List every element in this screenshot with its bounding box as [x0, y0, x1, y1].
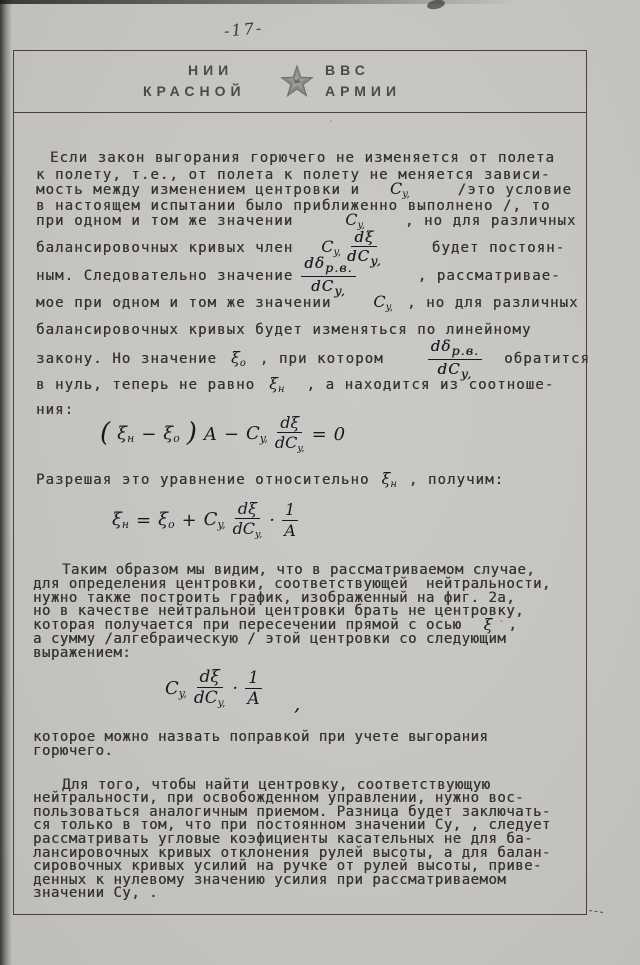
handwritten-fraction-ddelta-dcy: dδр.в. dCy,	[428, 338, 482, 380]
gap	[217, 359, 231, 360]
org-name-nii: НИИ	[188, 62, 233, 78]
typed-text: балансировочных кривых член	[36, 241, 293, 255]
typed-text: , но для различных	[407, 296, 579, 310]
gap	[382, 248, 432, 249]
equation-1: ( ξн − ξo ) A − Cy, dξ dCy, = 0	[100, 414, 345, 455]
handwritten-xin: ξн	[382, 471, 397, 490]
xi-0: ξo	[163, 423, 179, 445]
paren-close: )	[187, 418, 197, 448]
text-line: ния:	[36, 403, 74, 417]
text-line: к полету, т.е., от полета к полету не ме…	[36, 168, 551, 182]
fraction-denominator: dCy,	[275, 433, 305, 454]
gap	[269, 688, 287, 689]
gap	[393, 303, 407, 304]
equation-3: Cy, dξ dCy, · 1 A ,	[165, 668, 300, 709]
scan-dash	[589, 910, 603, 913]
text-line: значении Су, .	[33, 886, 158, 900]
typed-text: которая получается при пересечении прямо…	[33, 618, 462, 632]
handwritten-cy: Cy,	[373, 294, 393, 313]
typed-text: при одном и том же значении	[36, 214, 293, 228]
fraction-denominator: dCy,	[194, 688, 226, 709]
typed-text: в нуль, теперь не равно	[36, 378, 255, 392]
text-line: мое при одном и том же значении Cy, , но…	[36, 294, 579, 312]
typed-text: ным. Следовательно значение	[36, 269, 293, 283]
typed-text: закону. Но значение	[36, 352, 217, 366]
gap	[356, 276, 418, 277]
fraction-denominator: A	[284, 521, 296, 539]
dot-operator: ·	[269, 510, 275, 531]
typed-text: , а находится из соотноше-	[307, 378, 555, 392]
fraction-numerator: dξ	[277, 414, 302, 433]
gap	[293, 248, 321, 249]
xi-0: ξo	[158, 509, 174, 531]
gap	[293, 221, 345, 222]
fraction-denominator: A	[247, 689, 259, 708]
typed-text: , рассматривае-	[418, 269, 561, 283]
text-line: а сумму /алгебраическую / этой центровки…	[33, 632, 506, 646]
typed-text: мое при одном и том же значении	[36, 296, 331, 310]
org-name-krasnoy: КРАСНОЙ	[143, 83, 246, 99]
typed-text: будет постоян-	[432, 241, 565, 255]
gap	[255, 385, 269, 386]
gap	[365, 221, 405, 222]
typed-text: , получим:	[409, 473, 504, 487]
xi-n: ξн	[117, 423, 134, 445]
fraction-numerator: dξ	[351, 229, 377, 247]
handwritten-fraction-ddelta-dcy: dδр.в. dCy,	[301, 255, 355, 297]
text-line: которое можно назвать поправкой при учет…	[33, 730, 488, 744]
equals-sign: =	[312, 424, 327, 445]
gap	[397, 480, 409, 481]
fraction-numerator: dδр.в.	[428, 338, 482, 360]
xi-n: ξн	[112, 509, 129, 531]
fraction-numerator: 1	[282, 501, 298, 520]
text-line: Таким образом мы видим, что в рассматрив…	[62, 563, 535, 577]
gap	[410, 190, 458, 191]
text-line: в нуль, теперь не равно ξн , а находится…	[36, 376, 554, 394]
text-line: ным. Следовательно значение dδр.в. dCy, …	[36, 256, 561, 296]
typed-text: , но для различных	[405, 214, 577, 228]
fraction-dxi-dcy: dξ dCy,	[233, 500, 263, 541]
cy-term: Cy,	[165, 678, 187, 700]
fraction-numerator: 1	[245, 669, 262, 689]
text-line: нейтральности, при освобожденном управле…	[33, 791, 524, 805]
cy-term: Cy,	[246, 423, 268, 445]
fraction-dxi-dcy: dξ dCy,	[275, 414, 305, 455]
equation-2: ξн = ξo + Cy, dξ dCy, · 1 A	[112, 500, 298, 541]
text-line: сировочных кривых усилий на ручке от рул…	[33, 859, 542, 873]
cy-term: Cy,	[204, 509, 226, 531]
gap	[370, 480, 382, 481]
gap	[331, 303, 373, 304]
text-line: Если закон выгорания горючего не изменяе…	[50, 151, 555, 165]
text-line: Разрешая это уравнение относительно ξн ,…	[36, 471, 504, 489]
typed-text: Разрешая это уравнение относительно	[36, 473, 370, 487]
page-number: -17-	[223, 18, 264, 40]
zero: 0	[334, 424, 345, 445]
text-line: в настоящем испытании было приближенно в…	[36, 199, 551, 213]
paren-open: (	[100, 418, 110, 448]
dot-operator: ·	[232, 678, 238, 699]
fraction-1-over-A: 1 A	[282, 501, 298, 539]
text-line: балансировочных кривых будет изменяться …	[36, 323, 532, 337]
text-line: закону. Но значение ξo , при котором dδр…	[36, 339, 590, 379]
minus-sign: −	[224, 424, 239, 445]
document-page: -17- НИИ ВВС КРАСНОЙ АРМИИ Если закон вы…	[0, 0, 640, 965]
red-star-hammer-sickle-icon	[280, 62, 314, 104]
gap	[285, 385, 307, 386]
gap	[462, 625, 484, 626]
plus-sign: +	[182, 510, 197, 531]
gap	[384, 359, 428, 360]
fraction-1-over-A: 1 A	[245, 669, 262, 709]
gap	[293, 276, 301, 277]
fraction-dxi-dcy: dξ dCy,	[194, 668, 226, 709]
text-line: выражением:	[33, 646, 131, 660]
text-line: рассматривать угловые коэфициенты касате…	[33, 832, 533, 846]
typed-text: обратится	[504, 352, 590, 366]
text-line: горючего.	[33, 744, 113, 758]
text-line: ся только в том, что при постоянном знач…	[33, 818, 551, 832]
gap	[482, 359, 504, 360]
scan-blot	[426, 0, 445, 11]
org-name-armii: АРМИИ	[325, 83, 401, 99]
coef-A: A	[204, 424, 217, 445]
text-line: мость между изменением центровки и Cy, /…	[36, 181, 572, 199]
fraction-numerator: dξ	[235, 500, 260, 519]
typed-text: ,	[508, 618, 517, 632]
org-name-vvs: ВВС	[325, 62, 370, 78]
text-line: для определения центровки, соответствующ…	[33, 577, 551, 591]
header-divider	[13, 112, 587, 113]
trailing-comma: ,	[294, 691, 300, 715]
equals-sign: =	[136, 510, 151, 531]
fraction-numerator: dδр.в.	[301, 255, 355, 277]
handwritten-xi0: ξo	[231, 350, 246, 369]
typed-text: /это условие	[458, 183, 572, 197]
minus-sign: −	[141, 424, 156, 445]
gap	[492, 625, 508, 626]
fraction-numerator: dξ	[197, 668, 223, 688]
typed-text: , при котором	[260, 352, 384, 366]
fraction-denominator: dCy,	[233, 519, 263, 540]
typed-text: мость между изменением центровки и	[36, 183, 360, 197]
handwritten-xin: ξн	[269, 376, 284, 395]
handwritten-cy: Cy,	[390, 181, 410, 200]
scan-edge-left	[0, 0, 12, 965]
gap	[360, 190, 390, 191]
gap	[246, 359, 260, 360]
